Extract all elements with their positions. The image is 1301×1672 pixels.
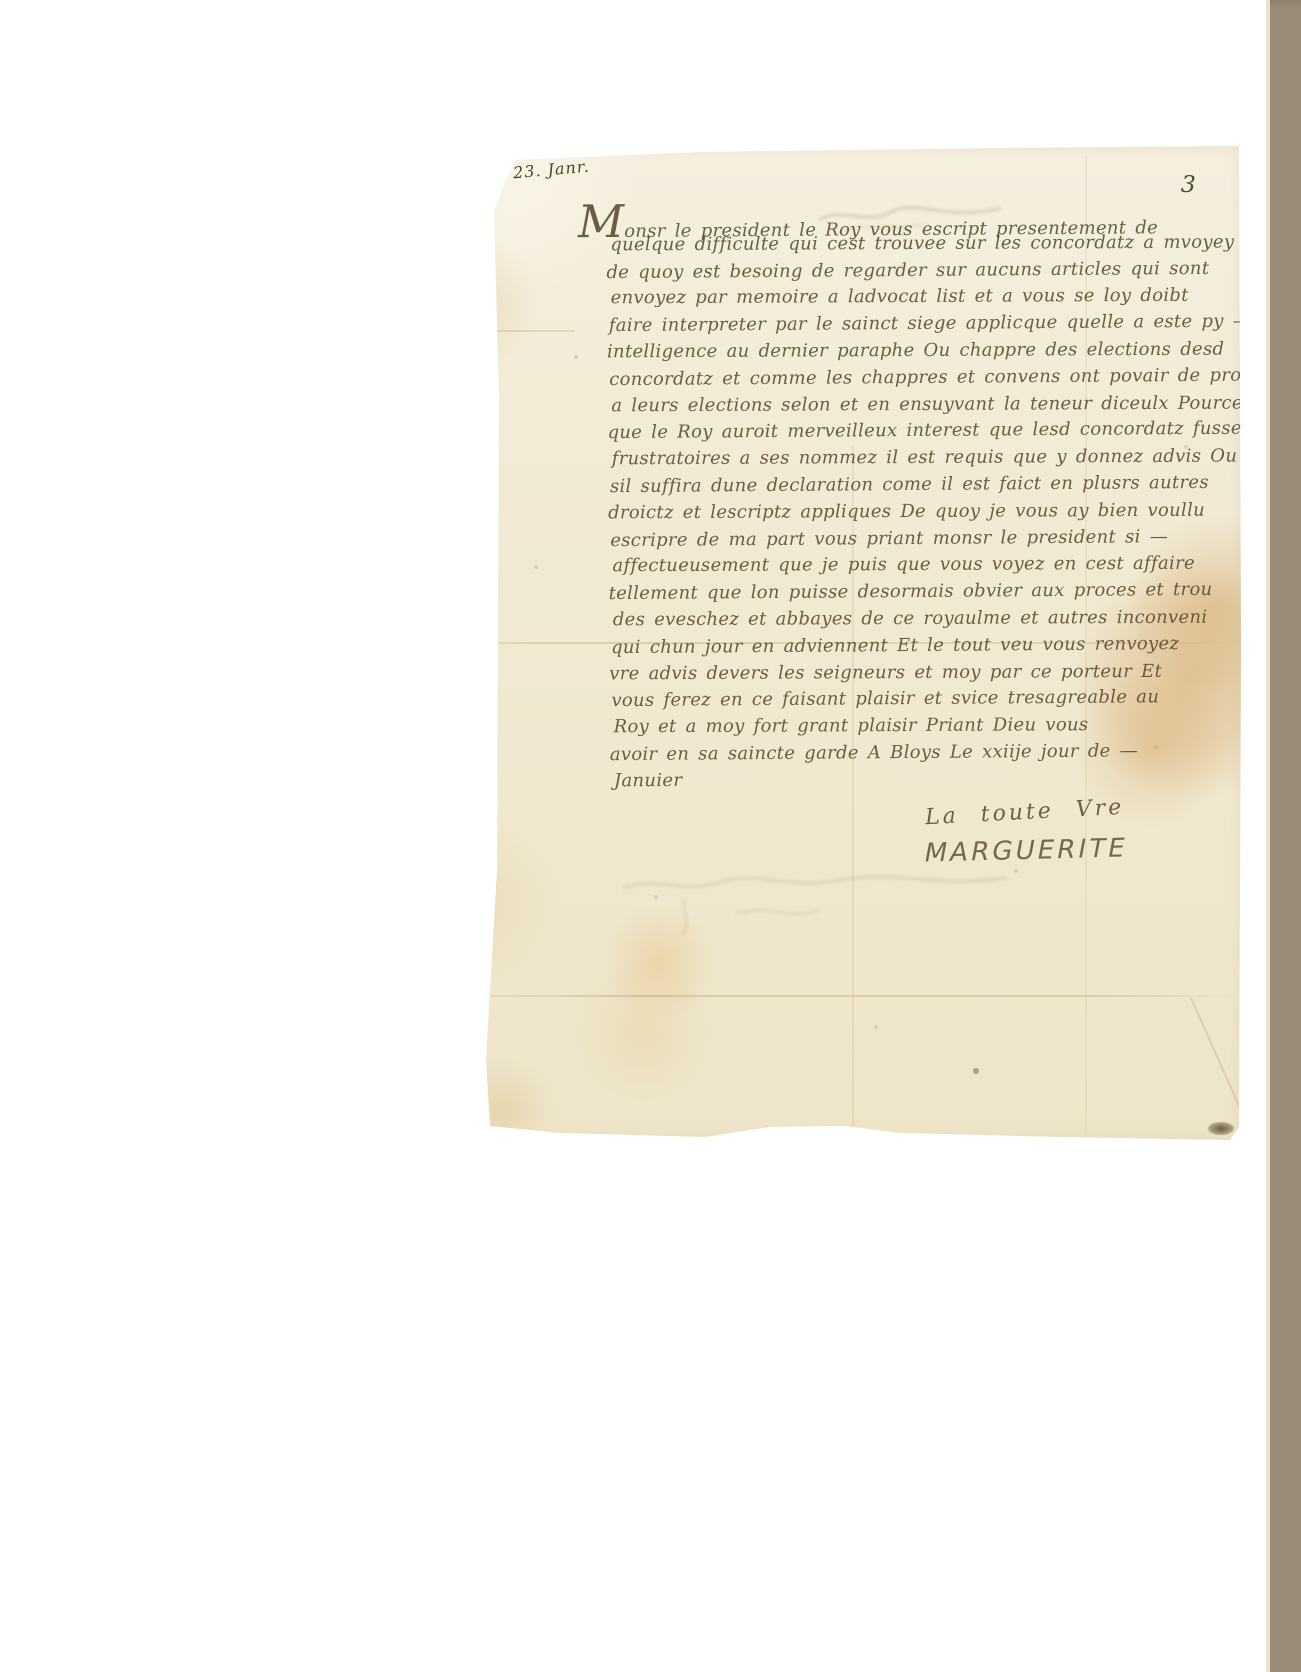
letter-line: Januier	[614, 765, 1212, 794]
letter-line: de quoy est besoing de regarder sur aucu…	[606, 256, 1208, 287]
archival-date-note: 23. Janr.	[512, 157, 590, 183]
signature-marguerite: MARGUERITE	[922, 833, 1131, 868]
letter-line: escripre de ma part vous priant monsr le…	[610, 523, 1210, 554]
letter-line: vre advis devers les seigneurs et moy pa…	[609, 658, 1211, 687]
letter-line: vous ferez en ce faisant plaisir et svic…	[611, 684, 1211, 715]
letter-line: avoir en sa saincte garde A Bloys Le xxi…	[610, 738, 1212, 769]
letter-line: Monsr le president le Roy vous escript p…	[608, 202, 1208, 233]
fold-crease-horizontal-lower	[455, 995, 1241, 997]
fold-crease-horizontal-left	[455, 330, 575, 332]
letter-line: frustratoires a ses nommez il est requis…	[612, 444, 1210, 473]
scanner-edge-bar	[1270, 0, 1301, 1672]
letter-line: qui chun jour en adviennent Et le tout v…	[611, 631, 1211, 662]
letter-line: droictz et lescriptz appliques De quoy j…	[608, 497, 1210, 526]
letter-line: que le Roy auroit merveilleux interest q…	[607, 416, 1209, 447]
letter-line: a leurs elections selon et en ensuyvant …	[611, 390, 1209, 419]
scan-page: 23. Janr. 3 Monsr le president le Roy vo…	[0, 0, 1301, 1672]
paper-specks	[455, 146, 457, 148]
letter-line: des eveschez et abbayes de ce royaulme e…	[613, 605, 1211, 634]
letter-line: Roy et a moy fort grant plaisir Priant D…	[614, 712, 1212, 741]
letter-line: intelligence au dernier paraphe Ou chapp…	[607, 337, 1209, 366]
letter-line: sil suffira dune declaration come il est…	[610, 470, 1210, 501]
letter-line: concordatz et comme les chappres et conv…	[609, 363, 1209, 394]
ink-blotch-corner	[1208, 1122, 1234, 1135]
letter-line: tellement que lon puisse desormais obvie…	[609, 577, 1211, 608]
letter-paper: 23. Janr. 3 Monsr le president le Roy vo…	[455, 146, 1241, 1141]
letter-line: faire interpreter par le sainct siege ap…	[609, 309, 1209, 340]
crease-diagonal-corner	[1190, 998, 1251, 1132]
letter-line: quelque difficulte qui cest trouvee sur …	[610, 229, 1208, 258]
letter-text: Monsr le president le Roy vous escript p…	[608, 202, 1212, 796]
letter-line: envoyez par memoire a ladvocat list et a…	[611, 283, 1209, 312]
letter-closing: La toute Vre	[924, 795, 1124, 830]
letter-line: affectueusement que je puis que vous voy…	[612, 551, 1210, 580]
show-through-marks-bottom	[615, 870, 1015, 942]
folio-page-number: 3	[1181, 172, 1197, 198]
